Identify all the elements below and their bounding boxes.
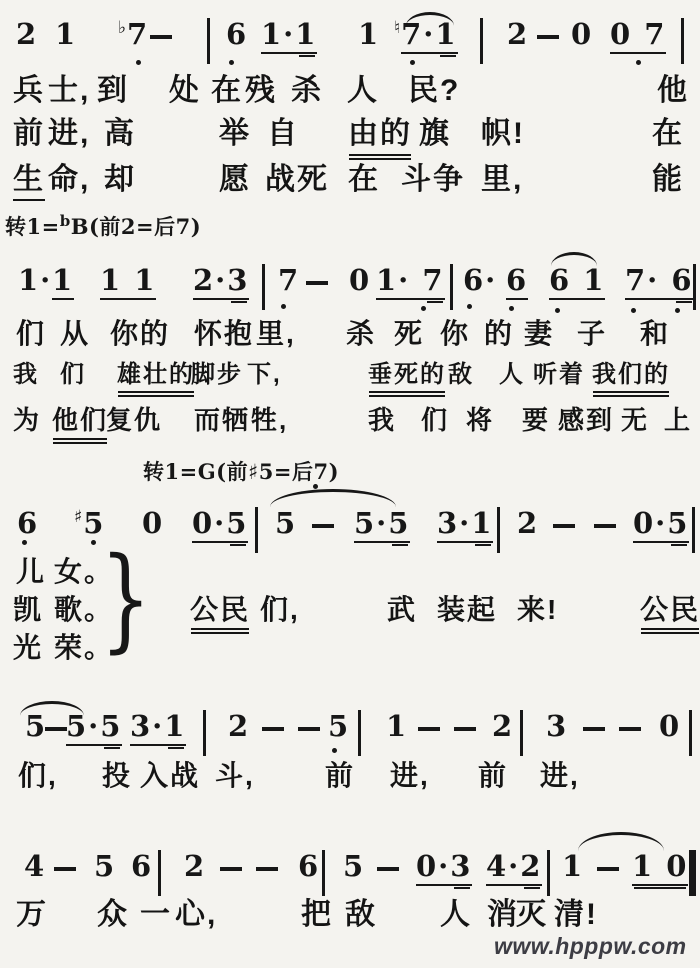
dash-continuation [597, 867, 619, 871]
lyric-segment: 万 [16, 898, 48, 933]
key-change-prefix: 转1= [5, 214, 60, 239]
dash-continuation [54, 867, 76, 871]
accidental-flat: ♭ [118, 14, 126, 43]
lyric-segment: 光 [13, 632, 43, 664]
lyric-segment: 战死 [265, 163, 329, 198]
slur-arc [578, 832, 664, 851]
sixteenth-beam [454, 887, 470, 890]
lyric-segment: 入战 [140, 760, 200, 792]
note-token: 5 [328, 712, 350, 744]
note-token: 6 [17, 509, 39, 541]
barline [207, 18, 210, 64]
barline [203, 710, 206, 756]
lyric-double-underline [191, 632, 249, 634]
lyric-segment: 妻 [524, 318, 554, 350]
note-digits: 5 [94, 852, 116, 884]
dash-continuation [583, 727, 605, 731]
note-token: 5·5 [354, 509, 410, 543]
low-octave-dot [410, 60, 415, 65]
lyric-segment: 儿 [16, 556, 46, 588]
lyric-segment: 凯 [13, 594, 43, 626]
note-digits: 6 [131, 852, 153, 884]
barline [547, 850, 550, 896]
sixteenth-beam [671, 544, 687, 547]
lyric-segment: 和 [640, 318, 670, 350]
lyric-segment: 到 [97, 74, 129, 109]
dash-continuation [312, 524, 334, 528]
lyric-segment: 投 [102, 760, 132, 792]
lyric-double-underline [53, 442, 107, 444]
note-token: 1 [562, 852, 584, 884]
low-octave-dot [281, 304, 286, 309]
lyric-segment: 清! [554, 898, 598, 933]
lyric-segment: 将 [466, 406, 494, 436]
lyric-segment: 杀 [291, 74, 323, 109]
note-digits: 2 [228, 712, 250, 744]
note-digits: 6· [463, 266, 497, 298]
note-token: 2 [492, 712, 514, 744]
barline [358, 710, 361, 756]
note-digits: 1 0 [632, 852, 688, 886]
lyric-segment: 进, [48, 117, 90, 152]
accidental-natural: ♮ [394, 14, 400, 43]
note-digits: 5·5 [66, 712, 122, 746]
dash-continuation [594, 524, 616, 528]
lyric-segment: 你的 [110, 318, 170, 350]
note-digits: 2 [16, 20, 38, 52]
note-token: 2·3 [193, 266, 249, 300]
sixteenth-beam [299, 55, 315, 58]
sixteenth-beam [676, 301, 692, 304]
lyric-double-underline [369, 395, 445, 397]
lyric-double-underline [593, 391, 669, 393]
note-token: 6· [463, 266, 497, 298]
dash-continuation [298, 727, 320, 731]
sixteenth-beam [427, 301, 443, 304]
note-token: 3·1 [130, 712, 186, 746]
note-token: 1· 7 [376, 266, 445, 300]
note-token: 6 [226, 20, 248, 52]
barline [689, 850, 696, 896]
note-token: 0·3 [416, 852, 472, 886]
low-octave-dot [229, 60, 234, 65]
barline [692, 507, 695, 553]
barline [497, 507, 500, 553]
lyric-segment: 我 [368, 406, 396, 436]
lyric-double-underline [593, 395, 669, 397]
barline [681, 18, 684, 64]
note-digits: 0 [571, 20, 593, 52]
dash-continuation [619, 727, 641, 731]
note-digits: 0·5 [633, 509, 689, 543]
lyric-segment: 敌 [448, 361, 474, 389]
note-digits: 0 7 [610, 20, 666, 54]
sixteenth-beam [392, 544, 408, 547]
lyric-segment: 处 [169, 74, 201, 109]
barline [689, 710, 692, 756]
barline [255, 507, 258, 553]
note-token: 6 [131, 852, 153, 884]
note-token: 5 [25, 712, 47, 744]
dash-continuation [45, 727, 67, 731]
lyric-segment: 牲, [251, 406, 288, 436]
lyric-segment: 帜! [481, 117, 525, 152]
note-token: 5 [94, 852, 116, 884]
note-digits: 2·3 [193, 266, 249, 300]
lyric-segment: 来! [517, 594, 558, 626]
note-digits: 0·5 [192, 509, 248, 543]
note-digits: 5 [328, 712, 350, 744]
sixteenth-beam [104, 747, 120, 750]
lyric-segment: 们 [16, 318, 46, 350]
note-digits: 6 [298, 852, 320, 884]
low-octave-dot [136, 60, 141, 65]
note-token: 1 [55, 20, 77, 52]
note-token: 1 0 [632, 852, 688, 886]
lyric-segment: 兵 [13, 74, 45, 109]
lyric-double-underline [53, 438, 107, 440]
low-octave-dot [675, 308, 680, 313]
note-digits: 1 [52, 266, 74, 300]
dash-continuation [454, 727, 476, 731]
key-change-annotation: 转1=G(前♯5=后7) [143, 456, 339, 486]
lyric-segment: 你 [440, 318, 470, 350]
note-digits: 5 [275, 509, 297, 541]
sheet-music-page: 21♭761·11♮7·1200 71·11 12·3701· 76·66 17… [0, 0, 700, 968]
lyric-segment: 却 [104, 163, 136, 198]
low-octave-dot [467, 304, 472, 309]
note-digits: 7 [278, 266, 300, 298]
lyric-segment: 子 [577, 318, 607, 350]
key-change-body: G(前♯5=后7) [198, 459, 339, 484]
note-digits: 1 [358, 20, 380, 52]
lyric-double-underline [641, 632, 699, 634]
note-token: 2 [184, 852, 206, 884]
slur-arc [270, 489, 396, 507]
key-change-annotation: 转1=bB(前2=后7) [5, 211, 201, 241]
low-octave-dot [421, 306, 426, 311]
sixteenth-beam [475, 544, 491, 547]
low-octave-dot [555, 308, 560, 313]
lyric-segment: 听着 [533, 361, 585, 389]
note-digits: 0·3 [416, 852, 472, 886]
note-digits: 0 [349, 266, 371, 298]
lyric-double-underline [191, 628, 249, 630]
lyric-segment: 他 [657, 74, 689, 109]
dash-continuation [256, 867, 278, 871]
lyric-segment: 为 [13, 406, 41, 436]
note-token: 1 [358, 20, 380, 52]
lyric-segment: 里, [481, 163, 523, 198]
note-token: 7· 6 [625, 266, 694, 300]
lyric-segment: 我们的 [592, 361, 670, 389]
dash-continuation [262, 727, 284, 731]
barline [450, 264, 453, 310]
note-token: 6 1 [549, 266, 605, 300]
note-digits: 5 [25, 712, 47, 744]
lyric-segment: 生 [13, 163, 45, 201]
sixteenth-beam [634, 887, 686, 890]
lyric-double-underline [349, 154, 411, 156]
lyric-segment: 们, [260, 594, 300, 626]
note-token: 0·5 [633, 509, 689, 543]
note-token: 6 [298, 852, 320, 884]
lyric-segment: 怀抱 [194, 318, 254, 350]
lyric-segment: 民? [408, 74, 460, 109]
barline [158, 850, 161, 896]
lyric-segment: 他们 [52, 406, 108, 436]
key-flat-mark: b [60, 212, 71, 230]
accidental-sharp: ♯ [74, 503, 82, 532]
dash-continuation [537, 35, 559, 39]
note-digits: 6 [17, 509, 39, 541]
lyric-segment: 命, [48, 163, 90, 198]
note-digits: 0 [659, 712, 681, 744]
lyric-segment: 公民 [640, 594, 700, 626]
watermark: www.hpppw.com [494, 933, 687, 960]
note-token: 2 [228, 712, 250, 744]
lyric-segment: 在 [652, 117, 684, 152]
barline [520, 710, 523, 756]
note-token: 4·2 [486, 852, 542, 886]
note-token: 1· [18, 266, 52, 298]
note-token: 7 [278, 266, 300, 298]
barline [480, 18, 483, 64]
lyric-segment: 装起 [437, 594, 497, 626]
sixteenth-beam [524, 887, 540, 890]
lyric-segment: 雄壮的 [117, 361, 195, 389]
low-octave-dot [631, 308, 636, 313]
lyric-segment: 们 [421, 406, 449, 436]
lyric-segment: 残 [245, 74, 277, 109]
slur-arc [551, 252, 597, 266]
lyric-segment: 的 [484, 318, 514, 350]
lyric-segment: 要 [522, 406, 550, 436]
note-token: 5 [275, 509, 297, 541]
low-octave-dot [636, 60, 641, 65]
sixteenth-beam [230, 544, 246, 547]
note-token: 1 [52, 266, 74, 300]
note-token: 0·5 [192, 509, 248, 543]
note-token: 0 7 [610, 20, 666, 54]
lyric-segment: 从 [60, 318, 90, 350]
dash-continuation [553, 524, 575, 528]
note-token: 3 [546, 712, 568, 744]
note-token: 3·1 [437, 509, 493, 543]
dash-continuation [220, 867, 242, 871]
lyric-segment: 灭 [516, 898, 548, 933]
low-octave-dot [22, 540, 27, 545]
lyric-segment: 前 [478, 760, 508, 792]
note-token: 1 1 [100, 266, 156, 300]
dash-continuation [418, 727, 440, 731]
note-token: 5·5 [66, 712, 122, 746]
slur-arc [20, 701, 84, 716]
low-octave-dot [332, 748, 337, 753]
note-token: 2 [16, 20, 38, 52]
sixteenth-beam [231, 301, 247, 304]
lyric-double-underline [118, 391, 194, 393]
note-digits: 6 1 [549, 266, 605, 300]
slur-arc [406, 12, 454, 26]
verse-brace: } [100, 548, 151, 651]
lyric-segment: 人 [347, 74, 379, 109]
lyric-segment: 前 [325, 760, 355, 792]
key-change-body: B(前2=后7) [71, 214, 201, 239]
note-token: 1·1 [261, 20, 317, 54]
note-token: 2 [517, 509, 539, 541]
note-digits: 4 [24, 852, 46, 884]
lyric-segment: 们, [18, 760, 58, 792]
note-token: 1 [386, 712, 408, 744]
lyric-segment: 进, [390, 760, 430, 792]
lyric-segment: 在 [348, 163, 380, 198]
note-digits: 1 [55, 20, 77, 52]
note-token: 5 [343, 852, 365, 884]
note-digits: 1 [562, 852, 584, 884]
barline [322, 850, 325, 896]
key-change-prefix: 转1= [143, 459, 198, 484]
note-digits: 1· 7 [376, 266, 445, 300]
lyric-double-underline [118, 395, 194, 397]
lyric-segment: 人 [499, 361, 525, 389]
lyric-segment: 自 [267, 117, 299, 152]
lyric-segment: 众 [97, 898, 129, 933]
note-token: 0 [349, 266, 371, 298]
lyric-segment: 我 [13, 361, 39, 389]
note-digits: 1·1 [261, 20, 317, 54]
lyric-segment: 能 [652, 163, 684, 198]
note-token: 0 [659, 712, 681, 744]
note-digits: 1· [18, 266, 52, 298]
note-digits: 5 [343, 852, 365, 884]
barline [693, 264, 696, 310]
note-digits: 5·5 [354, 509, 410, 543]
note-digits: 6 [226, 20, 248, 52]
lyric-segment: 而牺 [194, 406, 250, 436]
lyric-segment: 复仇 [106, 406, 162, 436]
lyric-segment: 把 [301, 898, 333, 933]
note-digits: 7 [127, 20, 149, 52]
lyric-segment: 感到 [558, 406, 614, 436]
dash-continuation [377, 867, 399, 871]
lyric-segment: 由的 [348, 117, 412, 152]
lyric-segment: 死 [394, 318, 424, 350]
note-digits: 6 [506, 266, 528, 300]
lyric-segment: 举 [219, 117, 251, 152]
lyric-segment: 一 [140, 898, 172, 933]
note-digits: 1 1 [100, 266, 156, 300]
sixteenth-beam [168, 747, 184, 750]
lyric-segment: 杀 [346, 318, 376, 350]
lyric-segment: 上 [664, 406, 692, 436]
low-octave-dot [91, 540, 96, 545]
lyric-segment: 心, [175, 898, 217, 933]
lyric-segment: 们 [60, 361, 86, 389]
lyric-segment: 垂死的 [368, 361, 446, 389]
lyric-segment: 旗 [419, 117, 451, 152]
note-digits: 2 [507, 20, 529, 52]
lyric-segment: 敌 [345, 898, 377, 933]
lyric-segment: 愿 [219, 163, 251, 198]
dash-continuation [150, 35, 172, 39]
note-token: 0 [571, 20, 593, 52]
lyric-segment: 下, [247, 361, 282, 389]
lyric-segment: 前 [13, 117, 45, 152]
lyric-segment: 进, [540, 760, 580, 792]
note-digits: 3·1 [130, 712, 186, 746]
lyric-segment: 脚步 [191, 361, 243, 389]
lyric-segment: 武 [387, 594, 417, 626]
note-digits: 2 [517, 509, 539, 541]
note-token: 2 [507, 20, 529, 52]
lyric-segment: 在 [211, 74, 243, 109]
lyric-segment: 里, [256, 318, 296, 350]
note-digits: 7· 6 [625, 266, 694, 300]
lyric-segment: 斗, [215, 760, 255, 792]
lyric-segment: 无 [621, 406, 649, 436]
low-octave-dot [509, 306, 514, 311]
note-token: 6 [506, 266, 528, 300]
note-digits: 2 [492, 712, 514, 744]
note-digits: 2 [184, 852, 206, 884]
note-digits: 1 [386, 712, 408, 744]
note-token: ♭7 [118, 20, 149, 54]
lyric-double-underline [641, 628, 699, 630]
lyric-segment: 人 [440, 898, 472, 933]
lyric-segment: 士, [48, 74, 90, 109]
lyric-segment: 公民 [190, 594, 250, 626]
note-token: 4 [24, 852, 46, 884]
lyric-segment: 高 [104, 117, 136, 152]
lyric-segment: 消 [487, 898, 519, 933]
lyric-double-underline [369, 391, 445, 393]
lyric-segment: 斗争 [401, 163, 465, 198]
sixteenth-beam [440, 55, 456, 58]
note-digits: 3 [546, 712, 568, 744]
barline [262, 264, 265, 310]
lyric-double-underline [349, 158, 411, 160]
note-digits: 3·1 [437, 509, 493, 543]
dash-continuation [306, 281, 328, 285]
note-digits: 4·2 [486, 852, 542, 886]
